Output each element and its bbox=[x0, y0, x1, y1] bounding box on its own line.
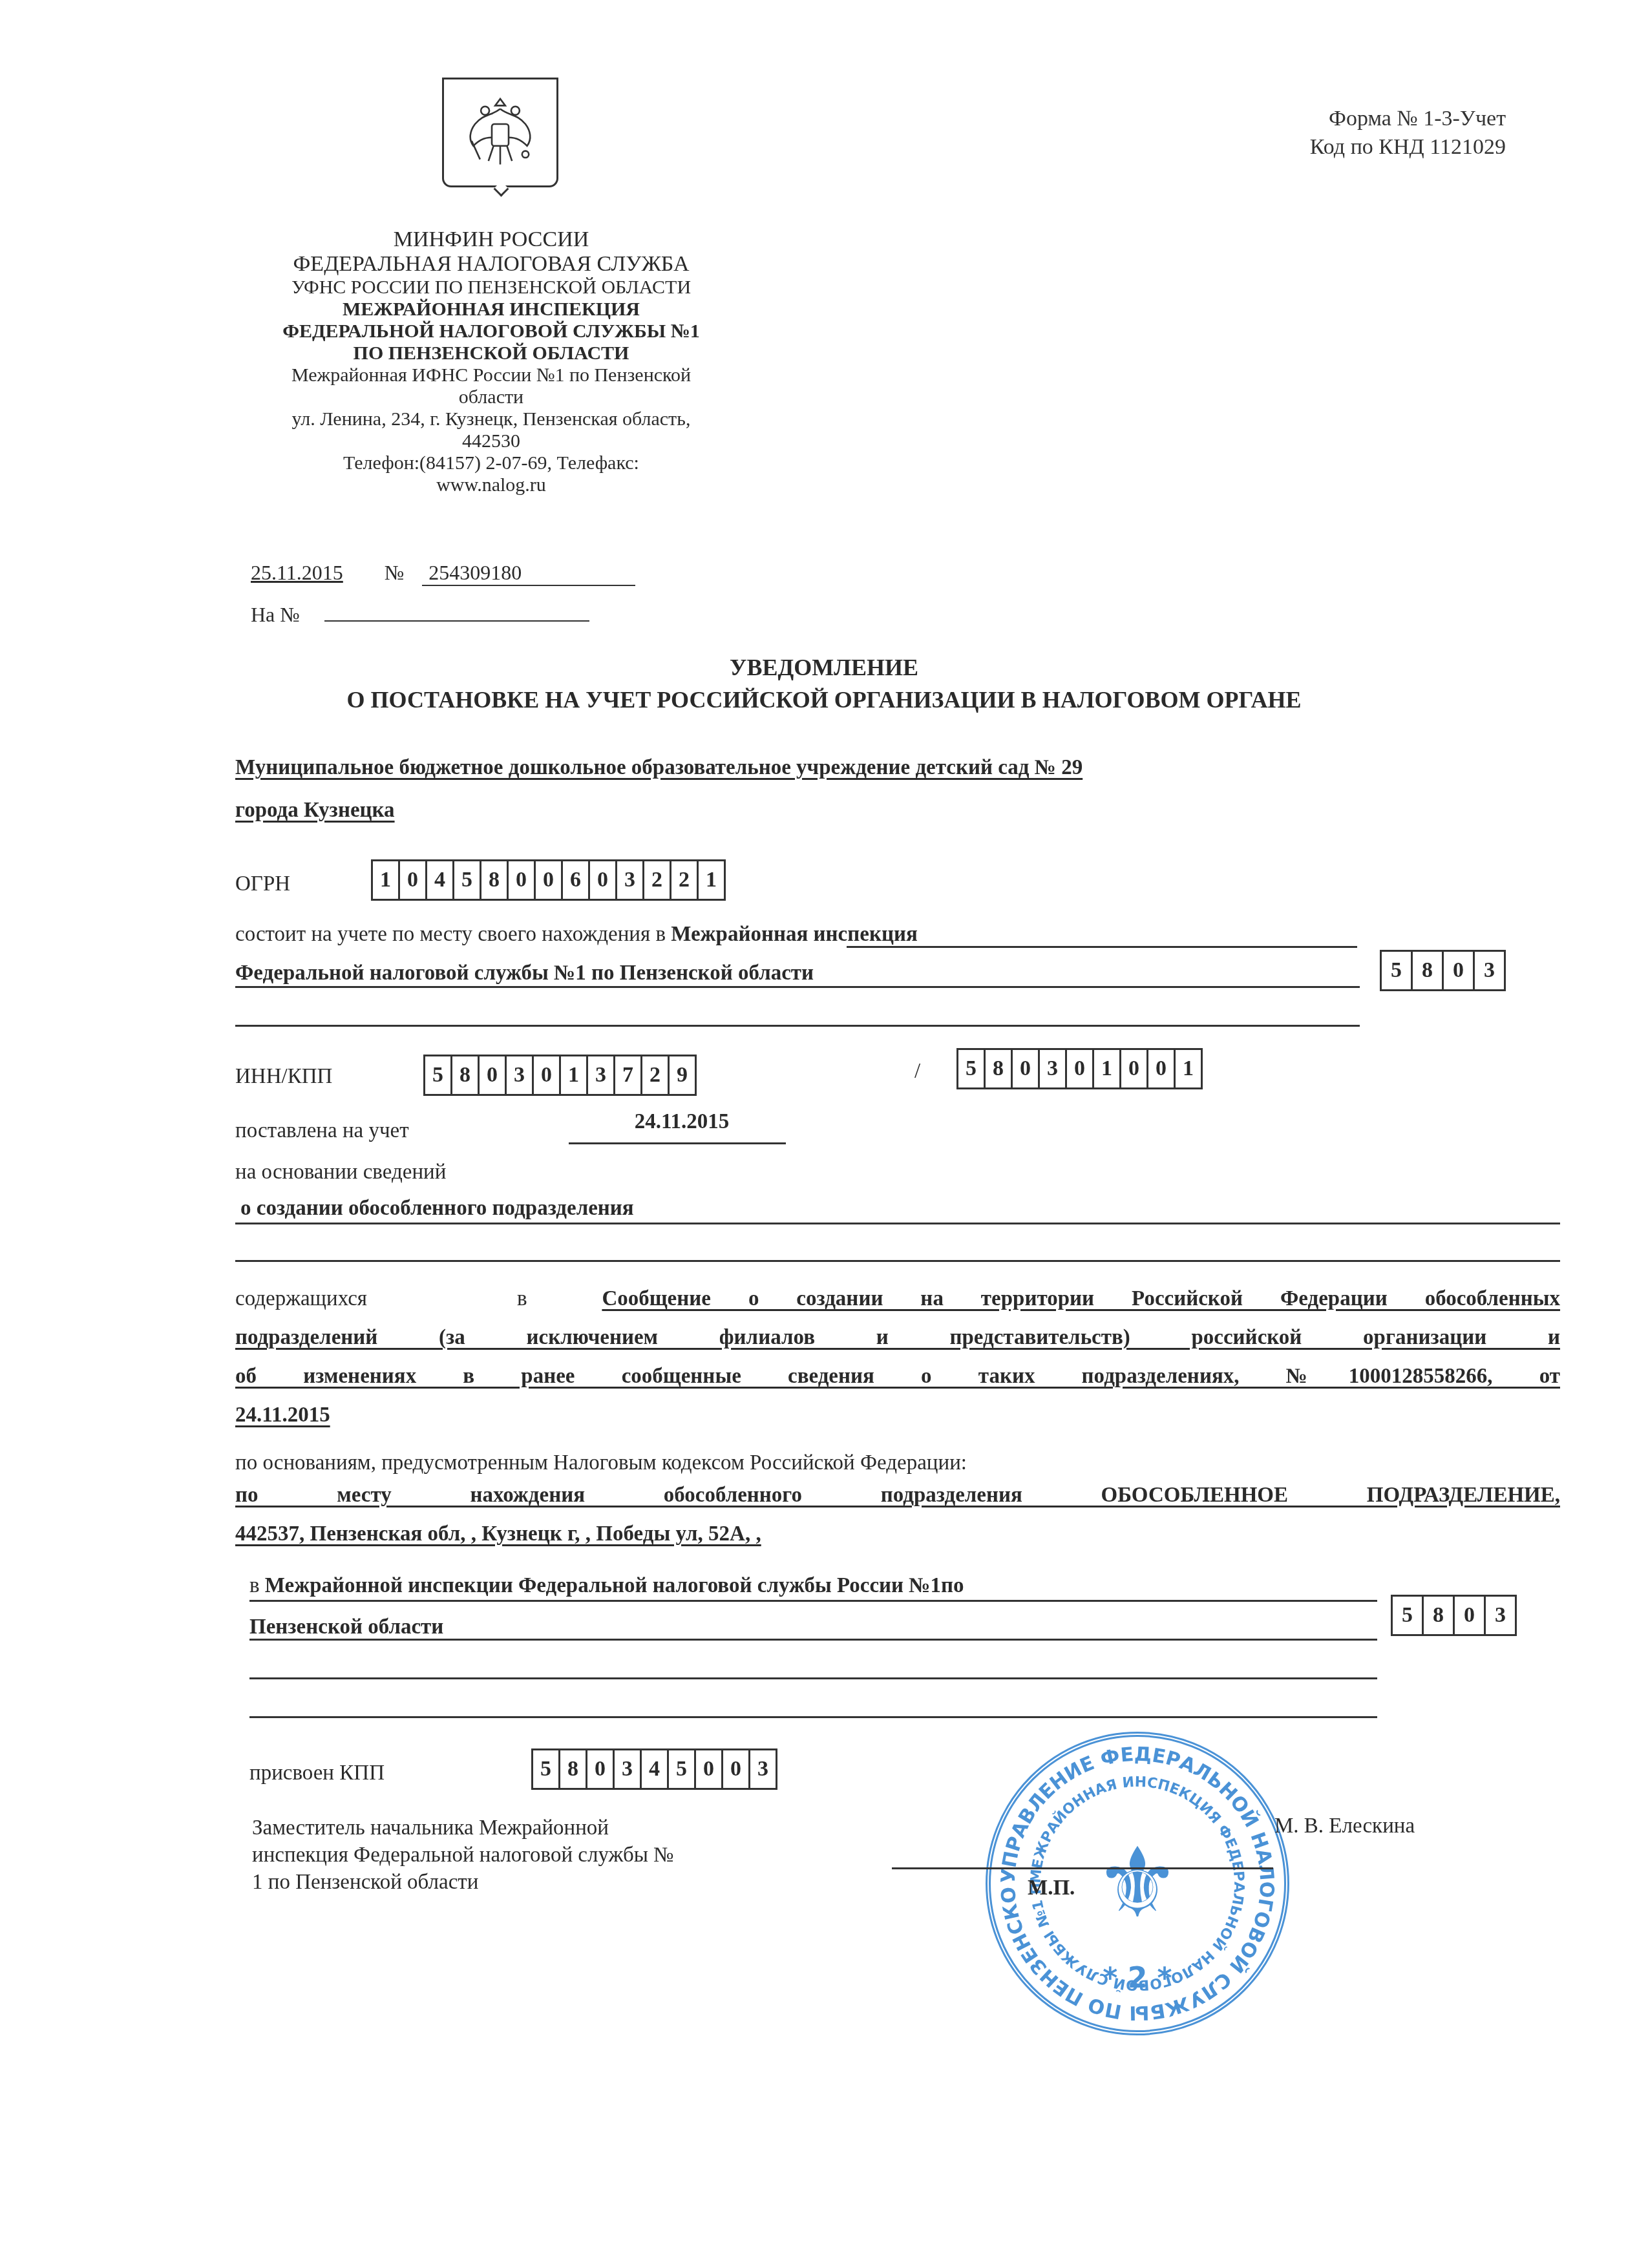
position-line-3: 1 по Пензенской области bbox=[252, 1869, 674, 1896]
document-title: УВЕДОМЛЕНИЕ О ПОСТАНОВКЕ НА УЧЕТ РОССИЙС… bbox=[0, 651, 1648, 716]
registration-number: 254309180 bbox=[422, 561, 635, 586]
short-name-2: области bbox=[246, 386, 737, 408]
kpp-digit: 5 bbox=[669, 1750, 696, 1788]
kpp-digit: 1 bbox=[1176, 1050, 1203, 1087]
inn-cells: 5 8 0 3 0 1 3 7 2 9 bbox=[423, 1055, 697, 1096]
kpp-digit: 0 bbox=[696, 1750, 723, 1788]
inn-digit: 8 bbox=[452, 1056, 480, 1094]
short-name-1: Межрайонная ИФНС России №1 по Пензенской bbox=[246, 364, 737, 386]
inn-digit: 3 bbox=[588, 1056, 615, 1094]
inn-kpp-label: ИНН/КПП bbox=[235, 1065, 332, 1089]
reply-line: На № bbox=[251, 601, 589, 627]
kpp-digit: 5 bbox=[533, 1750, 560, 1788]
registered-label: поставлена на учет bbox=[235, 1119, 409, 1143]
basis-value: о создании обособленного подразделения bbox=[240, 1197, 634, 1221]
ogrn-digit: 3 bbox=[617, 861, 644, 899]
underline bbox=[235, 986, 1360, 988]
form-number: Форма № 1-3-Учет bbox=[1310, 105, 1506, 133]
kpp-digit: 8 bbox=[560, 1750, 587, 1788]
inn-digit: 0 bbox=[480, 1056, 507, 1094]
contained-line-2: подразделений (за исключением филиалов и… bbox=[235, 1318, 1560, 1357]
ogrn-digit: 1 bbox=[699, 861, 726, 899]
code-digit: 0 bbox=[1455, 1597, 1486, 1634]
signature-line bbox=[892, 1867, 1273, 1869]
tax-authority-line-1: в Межрайонной инспекции Федеральной нало… bbox=[249, 1574, 964, 1598]
location-prefix: состоит на учете по месту своего нахожде… bbox=[235, 923, 666, 946]
code-digit: 8 bbox=[1413, 952, 1444, 989]
inspection-name-2: ФЕДЕРАЛЬНОЙ НАЛОГОВОЙ СЛУЖБЫ №1 bbox=[246, 320, 737, 342]
underline bbox=[249, 1716, 1377, 1718]
kpp-digit: 0 bbox=[1013, 1050, 1040, 1087]
coat-of-arms-icon bbox=[442, 78, 558, 187]
underline bbox=[235, 1223, 1560, 1224]
kpp-digit: 0 bbox=[1121, 1050, 1148, 1087]
location-authority-2: Федеральной налоговой службы №1 по Пензе… bbox=[235, 961, 814, 985]
underline bbox=[249, 1639, 1377, 1641]
ogrn-digit: 8 bbox=[481, 861, 509, 899]
assigned-kpp-label: присвоен КПП bbox=[249, 1761, 385, 1785]
code-digit: 8 bbox=[1424, 1597, 1455, 1634]
tax-authority-code-cells: 5 8 0 3 bbox=[1391, 1595, 1517, 1636]
inn-kpp-separator: / bbox=[914, 1060, 920, 1084]
ogrn-digit: 1 bbox=[373, 861, 400, 899]
underline bbox=[569, 1142, 786, 1144]
kpp-digit: 3 bbox=[615, 1750, 642, 1788]
ogrn-digit: 0 bbox=[590, 861, 617, 899]
kpp-digit: 8 bbox=[986, 1050, 1013, 1087]
inn-digit: 9 bbox=[670, 1056, 697, 1094]
website: www.nalog.ru bbox=[246, 474, 737, 496]
underline bbox=[249, 1677, 1377, 1679]
inn-digit: 3 bbox=[507, 1056, 534, 1094]
inn-digit: 2 bbox=[642, 1056, 670, 1094]
tax-authority-prefix: в bbox=[249, 1574, 260, 1597]
kpp-digit: 0 bbox=[1067, 1050, 1094, 1087]
address-2: 442530 bbox=[246, 430, 737, 452]
address-1: ул. Ленина, 234, г. Кузнецк, Пензенская … bbox=[246, 408, 737, 430]
signatory-name: М. В. Елескина bbox=[1274, 1814, 1415, 1838]
underline bbox=[847, 946, 1357, 948]
registration-line: 25.11.2015 № 254309180 bbox=[251, 561, 635, 586]
service-name: ФЕДЕРАЛЬНАЯ НАЛОГОВАЯ СЛУЖБА bbox=[246, 252, 737, 277]
ministry-name: МИНФИН РОССИИ bbox=[246, 227, 737, 252]
ogrn-digit: 0 bbox=[509, 861, 536, 899]
location-authority-1: Межрайонная инспекция bbox=[671, 923, 918, 946]
title-line-1: УВЕДОМЛЕНИЕ bbox=[0, 651, 1648, 684]
kpp-digit: 3 bbox=[1040, 1050, 1067, 1087]
underline bbox=[235, 1025, 1360, 1027]
tax-authority-name-1: Межрайонной инспекции Федеральной налого… bbox=[265, 1574, 964, 1597]
knd-code: Код по КНД 1121029 bbox=[1310, 133, 1506, 162]
registered-date: 24.11.2015 bbox=[578, 1110, 785, 1134]
organization-name-2: города Кузнецка bbox=[235, 799, 395, 823]
location-line-1: состоит на учете по месту своего нахожде… bbox=[235, 923, 918, 947]
issuer-header: МИНФИН РОССИИ ФЕДЕРАЛЬНАЯ НАЛОГОВАЯ СЛУЖ… bbox=[246, 227, 737, 496]
contained-line-1: Сообщение о создании на территории Росси… bbox=[602, 1287, 1560, 1310]
registration-date: 25.11.2015 bbox=[251, 561, 343, 584]
kpp-digit: 0 bbox=[1148, 1050, 1176, 1087]
signatory-position: Заместитель начальника Межрайонной инспе… bbox=[252, 1814, 674, 1896]
contained-prefix: содержащихся bbox=[235, 1287, 367, 1310]
kpp-digit: 0 bbox=[587, 1750, 615, 1788]
ogrn-digit: 0 bbox=[536, 861, 563, 899]
ogrn-digit: 2 bbox=[644, 861, 671, 899]
code-digit: 3 bbox=[1475, 952, 1506, 989]
basis-label: на основании сведений bbox=[235, 1160, 446, 1184]
number-label: № bbox=[385, 561, 405, 584]
phone: Телефон:(84157) 2-07-69, Телефакс: bbox=[246, 452, 737, 474]
reply-label: На № bbox=[251, 603, 300, 626]
code-digit: 5 bbox=[1382, 952, 1413, 989]
kpp-digit: 1 bbox=[1094, 1050, 1121, 1087]
inn-digit: 0 bbox=[534, 1056, 561, 1094]
grounds-label: по основаниям, предусмотренным Налоговым… bbox=[235, 1451, 967, 1475]
tax-authority-name-2: Пензенской области bbox=[249, 1615, 443, 1639]
title-line-2: О ПОСТАНОВКЕ НА УЧЕТ РОССИЙСКОЙ ОРГАНИЗА… bbox=[0, 684, 1648, 716]
kpp-cells: 5 8 0 3 0 1 0 0 1 bbox=[956, 1048, 1203, 1089]
contained-block: содержащихся в Сообщение о создании на т… bbox=[235, 1279, 1560, 1434]
inspection-name-3: ПО ПЕНЗЕНСКОЙ ОБЛАСТИ bbox=[246, 342, 737, 364]
contained-line-4: 24.11.2015 bbox=[235, 1396, 1560, 1434]
ogrn-label: ОГРН bbox=[235, 872, 290, 896]
contained-line-3: об изменениях в ранее сообщенные сведени… bbox=[235, 1357, 1560, 1396]
underline bbox=[249, 1600, 1377, 1602]
form-code-block: Форма № 1-3-Учет Код по КНД 1121029 bbox=[1310, 105, 1506, 162]
code-digit: 0 bbox=[1444, 952, 1475, 989]
inn-digit: 1 bbox=[561, 1056, 588, 1094]
seal-place-label: М.П. bbox=[1028, 1876, 1075, 1900]
kpp-digit: 4 bbox=[642, 1750, 669, 1788]
regional-office: УФНС РОССИИ ПО ПЕНЗЕНСКОЙ ОБЛАСТИ bbox=[246, 277, 737, 299]
inspection-name-1: МЕЖРАЙОННАЯ ИНСПЕКЦИЯ bbox=[246, 299, 737, 320]
reply-number-blank bbox=[324, 601, 589, 622]
inn-digit: 5 bbox=[425, 1056, 452, 1094]
kpp-digit: 5 bbox=[958, 1050, 986, 1087]
ogrn-digit: 2 bbox=[671, 861, 699, 899]
assigned-kpp-cells: 5 8 0 3 4 5 0 0 3 bbox=[531, 1748, 777, 1790]
seal-eagle-icon: ⚜ bbox=[1094, 1827, 1181, 1940]
contained-preposition: в bbox=[517, 1287, 527, 1310]
ogrn-digit: 6 bbox=[563, 861, 590, 899]
kpp-digit: 0 bbox=[723, 1750, 750, 1788]
grounds-line-1: по месту нахождения обособленного подраз… bbox=[235, 1484, 1560, 1507]
ogrn-digit: 4 bbox=[427, 861, 454, 899]
code-digit: 5 bbox=[1393, 1597, 1424, 1634]
kpp-digit: 3 bbox=[750, 1750, 777, 1788]
inn-digit: 7 bbox=[615, 1056, 642, 1094]
seal-number: * 2 * bbox=[991, 1962, 1284, 1995]
ogrn-digit: 5 bbox=[454, 861, 481, 899]
position-line-1: Заместитель начальника Межрайонной bbox=[252, 1814, 674, 1842]
location-code-cells: 5 8 0 3 bbox=[1380, 950, 1506, 991]
ogrn-cells: 1 0 4 5 8 0 0 6 0 3 2 2 1 bbox=[371, 859, 726, 901]
code-digit: 3 bbox=[1486, 1597, 1517, 1634]
grounds-line-2: 442537, Пензенская обл, , Кузнецк г, , П… bbox=[235, 1522, 761, 1546]
organization-name-1: Муниципальное бюджетное дошкольное образ… bbox=[235, 756, 1083, 780]
position-line-2: инспекция Федеральной налоговой службы № bbox=[252, 1842, 674, 1869]
ogrn-digit: 0 bbox=[400, 861, 427, 899]
underline bbox=[235, 1260, 1560, 1262]
